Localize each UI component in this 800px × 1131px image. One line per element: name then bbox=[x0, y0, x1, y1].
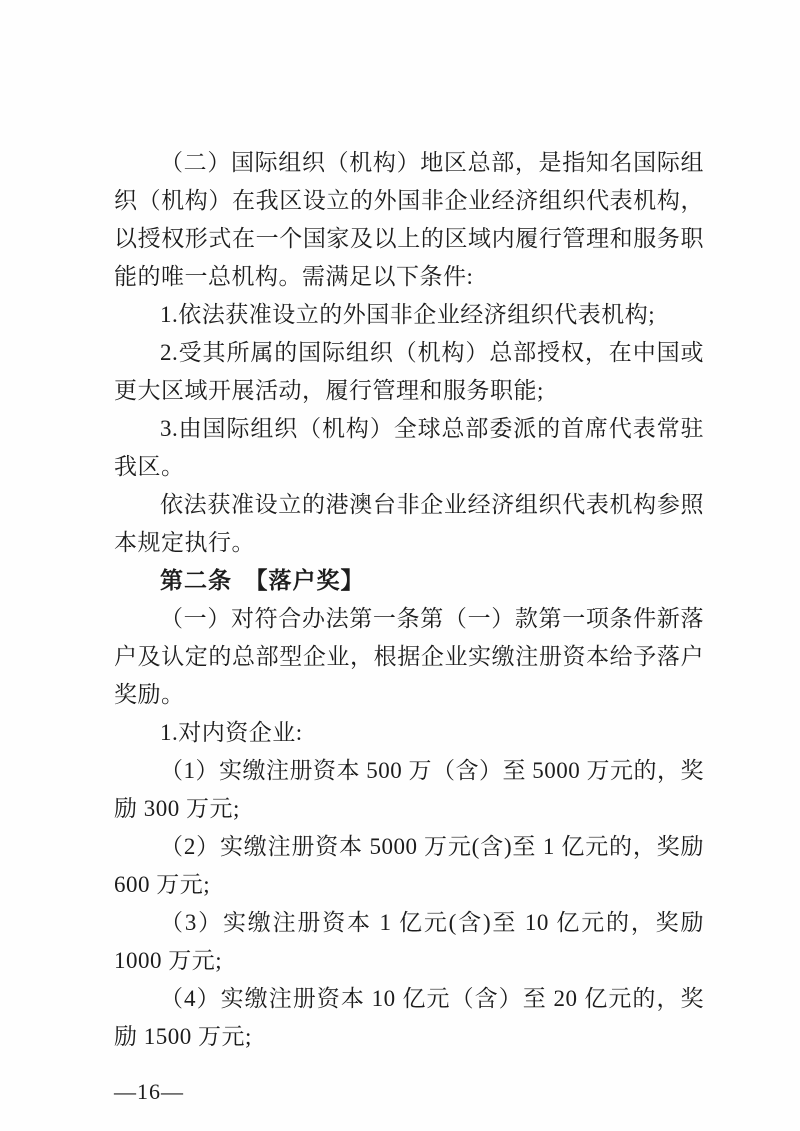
paragraph-reward-tier-4: （4）实缴注册资本 10 亿元（含）至 20 亿元的，奖励 1500 万元; bbox=[114, 980, 704, 1056]
paragraph-reward-tier-3: （3）实缴注册资本 1 亿元(含)至 10 亿元的，奖励 1000 万元; bbox=[114, 904, 704, 980]
page-number: —16— bbox=[114, 1074, 704, 1110]
document-body: （二）国际组织（机构）地区总部，是指知名国际组织（机构）在我区设立的外国非企业经… bbox=[114, 144, 704, 1056]
paragraph-domestic-enterprises-label: 1.对内资企业: bbox=[114, 714, 704, 752]
paragraph-settlement-reward-intro: （一）对符合办法第一条第（一）款第一项条件新落户及认定的总部型企业，根据企业实缴… bbox=[114, 600, 704, 714]
paragraph-intl-org-definition: （二）国际组织（机构）地区总部，是指知名国际组织（机构）在我区设立的外国非企业经… bbox=[114, 144, 704, 296]
article-2-heading: 第二条 【落户奖】 bbox=[114, 562, 704, 600]
paragraph-condition-3: 3.由国际组织（机构）全球总部委派的首席代表常驻我区。 bbox=[114, 410, 704, 486]
paragraph-condition-2: 2.受其所属的国际组织（机构）总部授权，在中国或更大区域开展活动，履行管理和服务… bbox=[114, 334, 704, 410]
paragraph-condition-1: 1.依法获准设立的外国非企业经济组织代表机构; bbox=[114, 296, 704, 334]
paragraph-hmt-reference: 依法获准设立的港澳台非企业经济组织代表机构参照本规定执行。 bbox=[114, 486, 704, 562]
paragraph-reward-tier-1: （1）实缴注册资本 500 万（含）至 5000 万元的，奖励 300 万元; bbox=[114, 752, 704, 828]
paragraph-reward-tier-2: （2）实缴注册资本 5000 万元(含)至 1 亿元的，奖励 600 万元; bbox=[114, 828, 704, 904]
document-page: （二）国际组织（机构）地区总部，是指知名国际组织（机构）在我区设立的外国非企业经… bbox=[0, 0, 800, 1131]
